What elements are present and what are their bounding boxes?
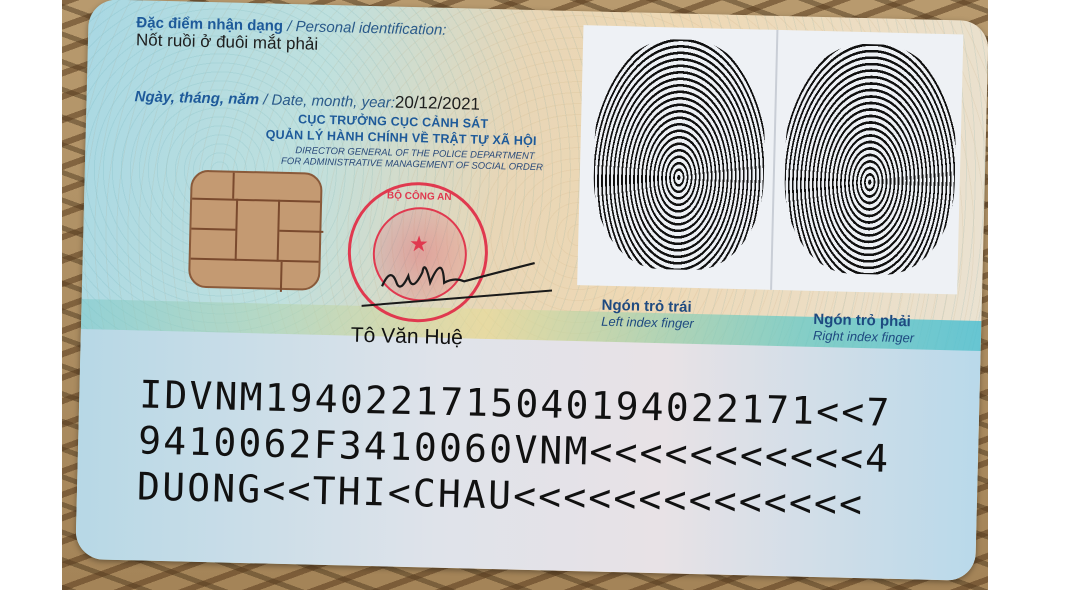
fingerprint-panel <box>577 25 963 294</box>
card-photo: Đặc điểm nhận dạng / Personal identifica… <box>62 0 988 590</box>
chip-icon <box>188 170 323 291</box>
signature-icon <box>361 246 563 321</box>
issue-date-value: 20/12/2021 <box>395 93 481 114</box>
signer-name: Tô Văn Huệ <box>351 324 464 351</box>
left-finger-caption: Ngón trỏ trái Left index finger <box>601 297 694 331</box>
right-index-fingerprint-icon <box>783 42 959 276</box>
right-finger-caption: Ngón trỏ phải Right index finger <box>813 311 915 345</box>
id-card-back: Đặc điểm nhận dạng / Personal identifica… <box>75 0 988 581</box>
left-index-fingerprint-icon <box>592 38 768 272</box>
fingerprint-divider <box>770 30 778 290</box>
